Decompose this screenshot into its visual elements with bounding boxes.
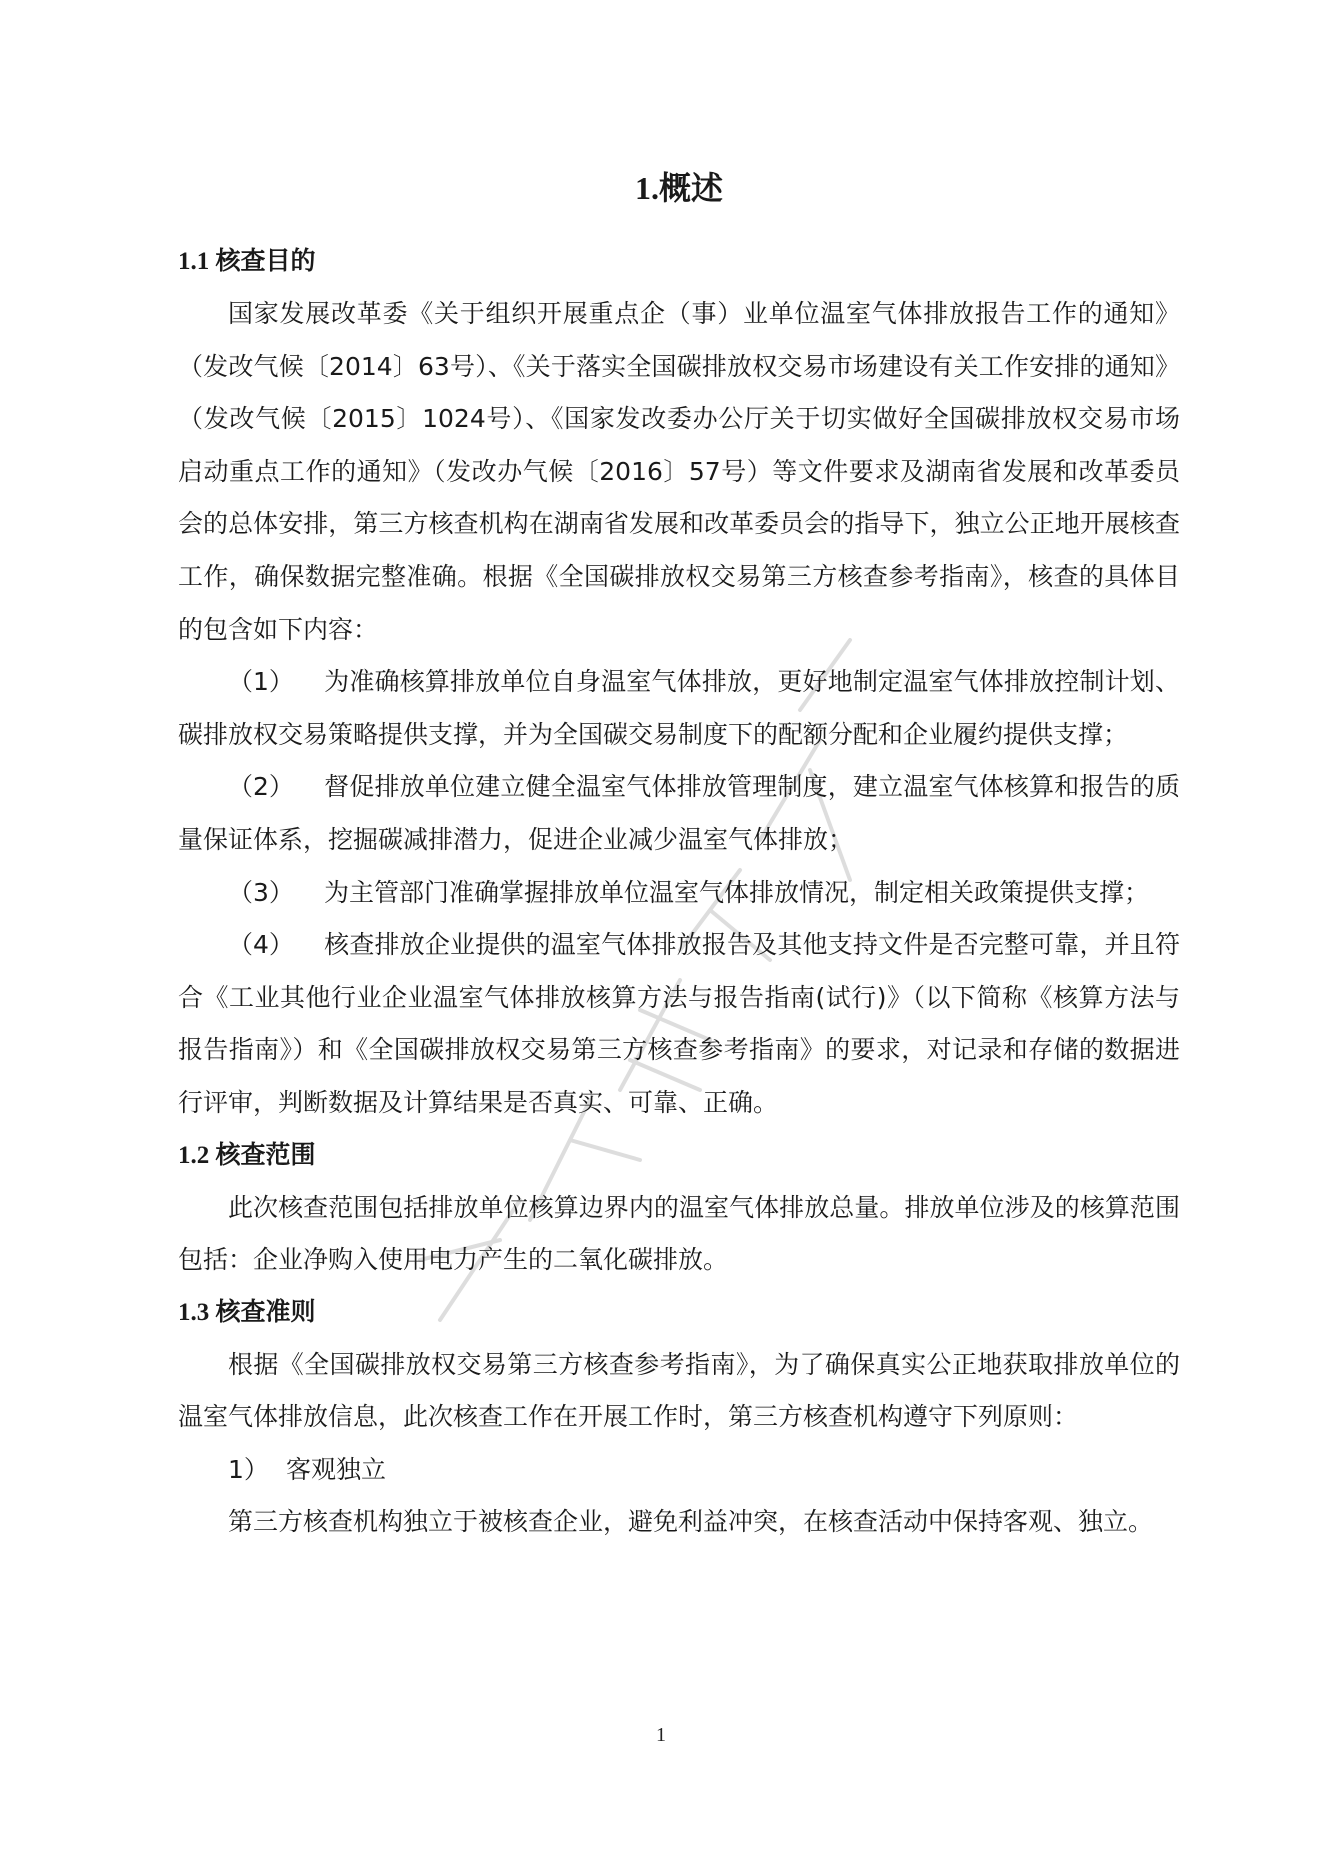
section-intro-paragraph: 国家发展改革委《关于组织开展重点企（事）业单位温室气体排放报告工作的通知》（发改… xyxy=(178,288,1180,656)
document-body: 1.概述 1.1 核查目的 国家发展改革委《关于组织开展重点企（事）业单位温室气… xyxy=(178,150,1180,1549)
list-item: （4）核查排放企业提供的温室气体排放报告及其他支持文件是否完整可靠，并且符合《工… xyxy=(178,919,1180,1129)
principle-number: 1） xyxy=(228,1444,286,1497)
document-page: 1.概述 1.1 核查目的 国家发展改革委《关于组织开展重点企（事）业单位温室气… xyxy=(0,0,1322,1870)
section-1-1: 1.1 核查目的 国家发展改革委《关于组织开展重点企（事）业单位温室气体排放报告… xyxy=(178,236,1180,1130)
principle-label: 客观独立 xyxy=(286,1455,386,1484)
list-item: （2）督促排放单位建立健全温室气体排放管理制度，建立温室气体核算和报告的质量保证… xyxy=(178,761,1180,866)
section-heading: 1.2 核查范围 xyxy=(178,1130,1180,1182)
list-item-text: 为主管部门准确掌握排放单位温室气体排放情况，制定相关政策提供支撑； xyxy=(324,878,1149,907)
list-item-number: （3） xyxy=(228,867,324,920)
section-heading: 1.1 核查目的 xyxy=(178,236,1180,288)
list-item-number: （1） xyxy=(228,656,324,709)
section-intro-paragraph: 此次核查范围包括排放单位核算边界内的温室气体排放总量。排放单位涉及的核算范围包括… xyxy=(178,1182,1180,1287)
list-item-number: （2） xyxy=(228,761,324,814)
section-1-2: 1.2 核查范围 此次核查范围包括排放单位核算边界内的温室气体排放总量。排放单位… xyxy=(178,1130,1180,1287)
list-item-text: 核查排放企业提供的温室气体排放报告及其他支持文件是否完整可靠，并且符合《工业其他… xyxy=(178,930,1180,1117)
section-heading: 1.3 核查准则 xyxy=(178,1287,1180,1339)
section-1-3: 1.3 核查准则 根据《全国碳排放权交易第三方核查参考指南》，为了确保真实公正地… xyxy=(178,1287,1180,1549)
section-intro-paragraph: 根据《全国碳排放权交易第三方核查参考指南》，为了确保真实公正地获取排放单位的温室… xyxy=(178,1339,1180,1444)
principle-heading: 1）客观独立 xyxy=(178,1444,1180,1497)
list-item: （3）为主管部门准确掌握排放单位温室气体排放情况，制定相关政策提供支撑； xyxy=(178,867,1180,920)
list-item-text: 为准确核算排放单位自身温室气体排放，更好地制定温室气体排放控制计划、碳排放权交易… xyxy=(178,667,1180,749)
list-item-number: （4） xyxy=(228,919,324,972)
document-title: 1.概述 xyxy=(178,168,1180,208)
page-number: 1 xyxy=(0,1724,1322,1747)
list-item-text: 督促排放单位建立健全温室气体排放管理制度，建立温室气体核算和报告的质量保证体系，… xyxy=(178,772,1180,854)
principle-description: 第三方核查机构独立于被核查企业，避免利益冲突，在核查活动中保持客观、独立。 xyxy=(178,1496,1180,1549)
list-item: （1）为准确核算排放单位自身温室气体排放，更好地制定温室气体排放控制计划、碳排放… xyxy=(178,656,1180,761)
